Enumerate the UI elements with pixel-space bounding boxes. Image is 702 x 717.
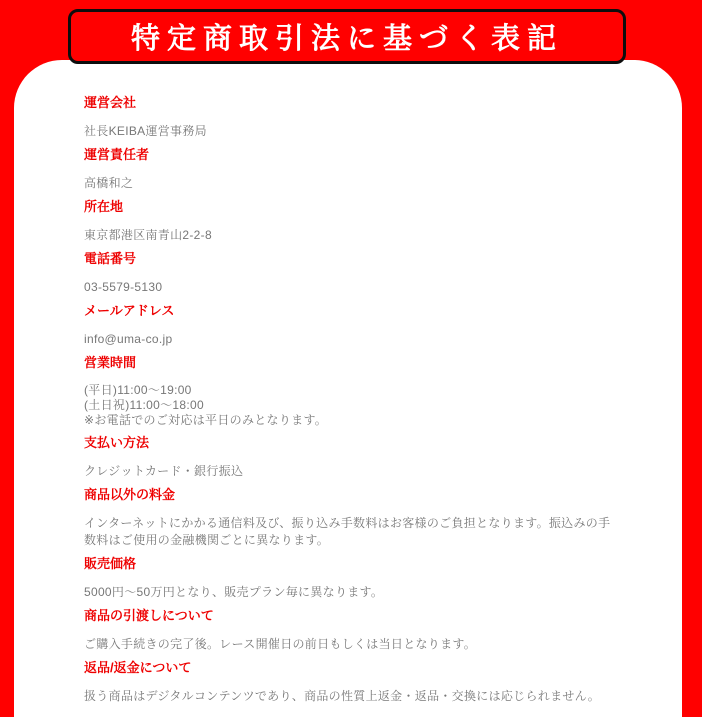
legal-section: 運営責任者高橋和之 xyxy=(84,148,620,192)
section-body: 扱う商品はデジタルコンテンツであり、商品の性質上返金・返品・交換には応じられませ… xyxy=(84,688,620,705)
legal-section: メールアドレスinfo@uma-co.jp xyxy=(84,304,620,348)
legal-section: 返品/返金について扱う商品はデジタルコンテンツであり、商品の性質上返金・返品・交… xyxy=(84,661,620,705)
section-body: クレジットカード・銀行振込 xyxy=(84,463,620,480)
legal-info-list: 運営会社社長KEIBA運営事務局運営責任者高橋和之所在地東京都港区南青山2-2-… xyxy=(84,96,620,713)
legal-section: 支払い方法クレジットカード・銀行振込 xyxy=(84,436,620,480)
section-body-text: 高橋和之 xyxy=(84,175,620,192)
section-label: 支払い方法 xyxy=(84,436,620,450)
section-body-text: 5000円～50万円となり、販売プラン毎に異なります。 xyxy=(84,584,620,601)
section-label: 商品以外の料金 xyxy=(84,488,620,502)
section-label: 営業時間 xyxy=(84,356,620,370)
section-body: (平日)11:00～19:00(土日祝)11:00～18:00※お電話でのご対応… xyxy=(84,383,620,428)
legal-section: 電話番号03-5579-5130 xyxy=(84,252,620,296)
section-label: 販売価格 xyxy=(84,557,620,571)
section-body-text: 03-5579-5130 xyxy=(84,279,620,296)
legal-section: 運営会社社長KEIBA運営事務局 xyxy=(84,96,620,140)
section-label: 電話番号 xyxy=(84,252,620,266)
legal-section: 商品の引渡しについてご購入手続きの完了後。レース開催日の前日もしくは当日となりま… xyxy=(84,609,620,653)
section-label: 商品の引渡しについて xyxy=(84,609,620,623)
legal-section: 所在地東京都港区南青山2-2-8 xyxy=(84,200,620,244)
section-body: info@uma-co.jp xyxy=(84,331,620,348)
section-body-text: (平日)11:00～19:00(土日祝)11:00～18:00※お電話でのご対応… xyxy=(84,383,620,428)
section-body-text: 社長KEIBA運営事務局 xyxy=(84,123,620,140)
section-body-text: インターネットにかかる通信料及び、振り込み手数料はお客様のご負担となります。振込… xyxy=(84,515,620,549)
section-body-text: 東京都港区南青山2-2-8 xyxy=(84,227,620,244)
section-body: 高橋和之 xyxy=(84,175,620,192)
legal-section: 販売価格5000円～50万円となり、販売プラン毎に異なります。 xyxy=(84,557,620,601)
section-label: 所在地 xyxy=(84,200,620,214)
section-body: 社長KEIBA運営事務局 xyxy=(84,123,620,140)
section-body: 5000円～50万円となり、販売プラン毎に異なります。 xyxy=(84,584,620,601)
page-title-banner: 特定商取引法に基づく表記 xyxy=(68,9,626,64)
section-body-text: クレジットカード・銀行振込 xyxy=(84,463,620,480)
section-label: 運営責任者 xyxy=(84,148,620,162)
section-label: 返品/返金について xyxy=(84,661,620,675)
section-body-text: ご購入手続きの完了後。レース開催日の前日もしくは当日となります。 xyxy=(84,636,620,653)
section-label: メールアドレス xyxy=(84,304,620,318)
legal-section: 商品以外の料金インターネットにかかる通信料及び、振り込み手数料はお客様のご負担と… xyxy=(84,488,620,549)
section-body: 東京都港区南青山2-2-8 xyxy=(84,227,620,244)
page-title: 特定商取引法に基づく表記 xyxy=(131,16,563,57)
section-body: 03-5579-5130 xyxy=(84,279,620,296)
legal-section: 営業時間(平日)11:00～19:00(土日祝)11:00～18:00※お電話で… xyxy=(84,356,620,428)
section-body: ご購入手続きの完了後。レース開催日の前日もしくは当日となります。 xyxy=(84,636,620,653)
section-label: 運営会社 xyxy=(84,96,620,110)
section-body-text: info@uma-co.jp xyxy=(84,331,620,348)
section-body-text: 扱う商品はデジタルコンテンツであり、商品の性質上返金・返品・交換には応じられませ… xyxy=(84,688,620,705)
section-body: インターネットにかかる通信料及び、振り込み手数料はお客様のご負担となります。振込… xyxy=(84,515,620,549)
